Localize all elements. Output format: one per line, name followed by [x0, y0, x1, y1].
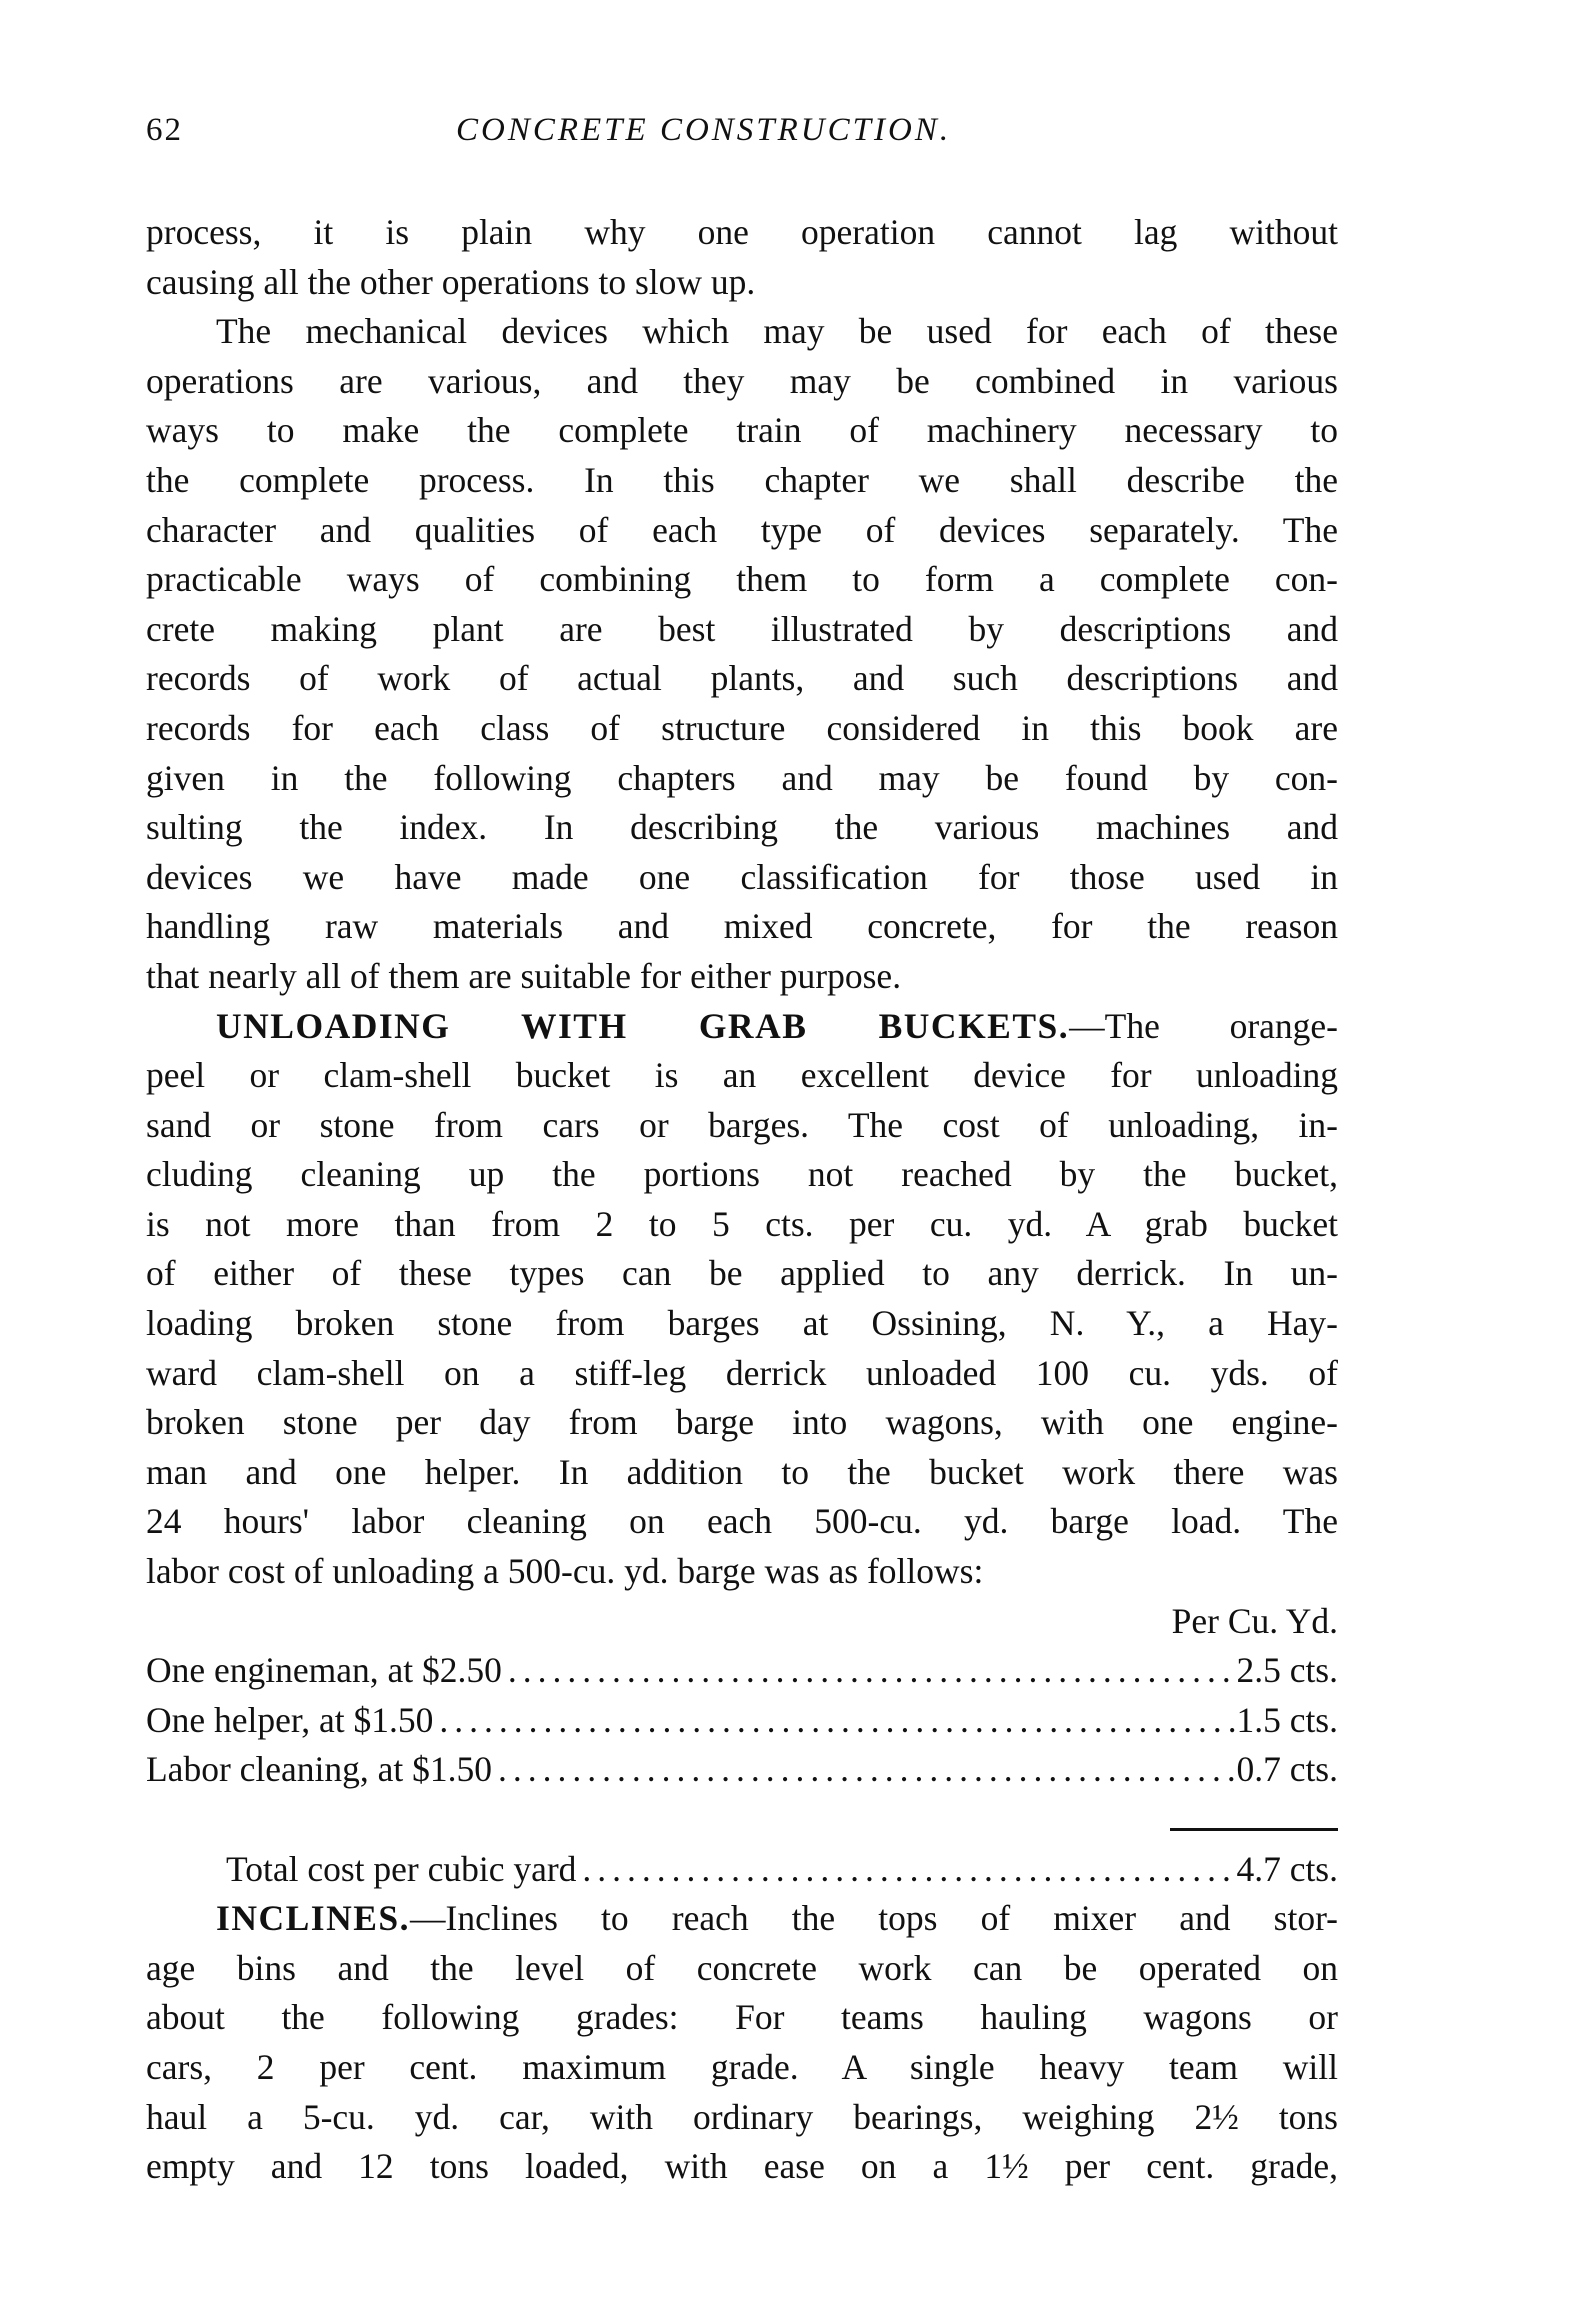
text-line: process, it is plain why one operation c…: [146, 208, 1338, 258]
text-line: operations are various, and they may be …: [146, 357, 1338, 407]
text-line: The mechanical devices which may be used…: [146, 307, 1338, 357]
text-line: age bins and the level of concrete work …: [146, 1944, 1338, 1994]
leader-dots: [433, 1696, 1236, 1746]
text-line: records of work of actual plants, and su…: [146, 654, 1338, 704]
text-line: 24 hours' labor cleaning on each 500-cu.…: [146, 1497, 1338, 1547]
sum-rule-row: [146, 1795, 1338, 1845]
cost-value: 0.7 cts.: [1236, 1745, 1338, 1795]
cost-value: 1.5 cts.: [1236, 1696, 1338, 1746]
cost-row: Labor cleaning, at $1.50 0.7 cts.: [146, 1745, 1338, 1795]
cost-label: One engineman, at $2.50: [146, 1646, 502, 1696]
text-line: cars, 2 per cent. maximum grade. A singl…: [146, 2043, 1338, 2093]
cost-row: One engineman, at $2.50 2.5 cts.: [146, 1646, 1338, 1696]
text-line: is not more than from 2 to 5 cts. per cu…: [146, 1200, 1338, 1250]
text-line: of either of these types can be applied …: [146, 1249, 1338, 1299]
text-fragment: —Inclines to reach the tops of mixer and…: [410, 1898, 1338, 1938]
text-line: haul a 5-cu. yd. car, with ordinary bear…: [146, 2093, 1338, 2143]
text-line: records for each class of structure cons…: [146, 704, 1338, 754]
text-fragment: —The orange-: [1069, 1006, 1338, 1046]
text-line: peel or clam-shell bucket is an excellen…: [146, 1051, 1338, 1101]
text-line: that nearly all of them are suitable for…: [146, 952, 1338, 1002]
cost-row: One helper, at $1.50 1.5 cts.: [146, 1696, 1338, 1746]
text-line: ways to make the complete train of machi…: [146, 406, 1338, 456]
leader-dots: [576, 1845, 1236, 1895]
body-text: process, it is plain why one operation c…: [146, 208, 1338, 2192]
running-head: 62 CONCRETE CONSTRUCTION.: [146, 112, 1338, 162]
text-line: given in the following chapters and may …: [146, 754, 1338, 804]
cost-label: Labor cleaning, at $1.50: [146, 1745, 492, 1795]
leader-dots: [492, 1745, 1236, 1795]
section-first-line: UNLOADING WITH GRAB BUCKETS.—The orange-: [146, 1002, 1338, 1052]
text-line: ward clam-shell on a stiff-leg derrick u…: [146, 1349, 1338, 1399]
leader-dots: [502, 1646, 1237, 1696]
text-line: handling raw materials and mixed concret…: [146, 902, 1338, 952]
page-number: 62: [146, 112, 183, 149]
text-line: devices we have made one classification …: [146, 853, 1338, 903]
total-value: 4.7 cts.: [1236, 1845, 1338, 1895]
section-first-line: INCLINES.—Inclines to reach the tops of …: [146, 1894, 1338, 1944]
cost-table-header: Per Cu. Yd.: [146, 1597, 1338, 1647]
text-line: character and qualities of each type of …: [146, 506, 1338, 556]
section-heading-inclines: INCLINES.: [216, 1898, 410, 1938]
text-line: about the following grades: For teams ha…: [146, 1993, 1338, 2043]
text-line: practicable ways of combining them to fo…: [146, 555, 1338, 605]
text-line: cluding cleaning up the portions not rea…: [146, 1150, 1338, 1200]
cost-total-row: Total cost per cubic yard 4.7 cts.: [146, 1845, 1338, 1895]
text-line: sand or stone from cars or barges. The c…: [146, 1101, 1338, 1151]
cost-table: Per Cu. Yd. One engineman, at $2.50 2.5 …: [146, 1597, 1338, 1895]
running-head-title: CONCRETE CONSTRUCTION.: [456, 112, 951, 149]
sum-rule: [1170, 1828, 1338, 1831]
section-heading-unloading: UNLOADING WITH GRAB BUCKETS.: [216, 1006, 1069, 1046]
text-line: sulting the index. In describing the var…: [146, 803, 1338, 853]
text-line: labor cost of unloading a 500-cu. yd. ba…: [146, 1547, 1338, 1597]
text-line: loading broken stone from barges at Ossi…: [146, 1299, 1338, 1349]
cost-label: One helper, at $1.50: [146, 1696, 433, 1746]
total-label: Total cost per cubic yard: [226, 1845, 576, 1895]
text-line: empty and 12 tons loaded, with ease on a…: [146, 2142, 1338, 2192]
text-line: crete making plant are best illustrated …: [146, 605, 1338, 655]
text-line: man and one helper. In addition to the b…: [146, 1448, 1338, 1498]
text-line: causing all the other operations to slow…: [146, 258, 1338, 308]
cost-value: 2.5 cts.: [1236, 1646, 1338, 1696]
text-line: broken stone per day from barge into wag…: [146, 1398, 1338, 1448]
text-line: the complete process. In this chapter we…: [146, 456, 1338, 506]
